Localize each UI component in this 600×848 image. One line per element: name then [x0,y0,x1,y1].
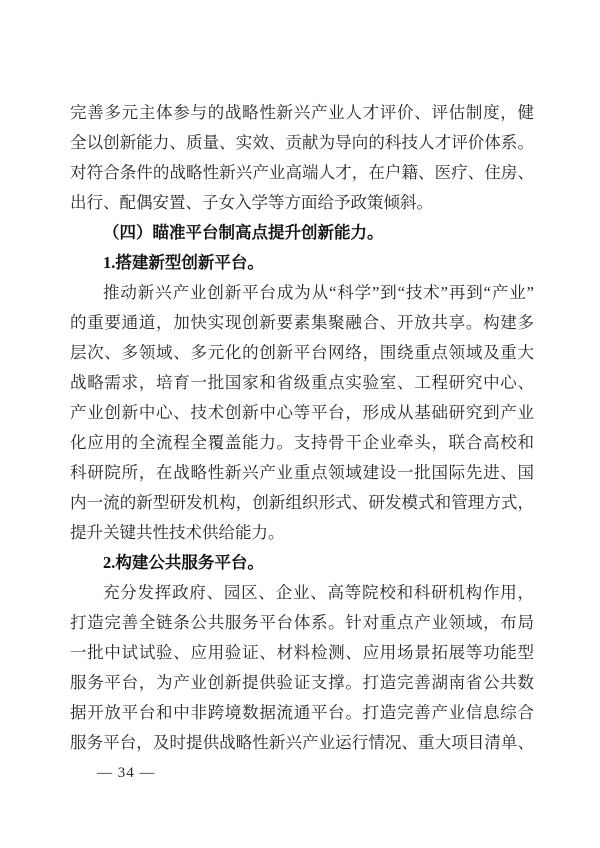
paragraph-text-line: 提升关键共性技术供给能力。 [70,518,534,548]
paragraph-text-line: 服务平台，为产业创新提供验证支撑。打造完善湖南省公共数 [70,668,534,698]
paragraph-text-line: 产业创新中心、技术创新中心等平台，形成从基础研究到产业 [70,398,534,428]
paragraph-text-line: 出行、配偶安置、子女入学等方面给予政策倾斜。 [70,188,534,218]
paragraph-text-line: 完善多元主体参与的战略性新兴产业人才评价、评估制度，健 [70,98,534,128]
paragraph-text-line: 的重要通道，加快实现创新要素集聚融合、开放共享。构建多 [70,308,534,338]
paragraph-text-line: 层次、多领域、多元化的创新平台网络，围绕重点领域及重大 [70,338,534,368]
paragraph-text-line: 打造完善全链条公共服务平台体系。针对重点产业领域，布局 [70,608,534,638]
paragraph-text-line: 全以创新能力、质量、实效、贡献为导向的科技人才评价体系。 [70,128,534,158]
document-body: 完善多元主体参与的战略性新兴产业人才评价、评估制度，健全以创新能力、质量、实效、… [70,98,534,758]
numbered-subheading-line: 1.搭建新型创新平台。 [70,248,534,278]
section-heading-line: （四）瞄准平台制高点提升创新能力。 [70,218,534,248]
paragraph-text-line: 科研院所，在战略性新兴产业重点领域建设一批国际先进、国 [70,458,534,488]
paragraph-text-line: 充分发挥政府、园区、企业、高等院校和科研机构作用， [70,578,534,608]
page-number: — 34 — [97,764,156,782]
numbered-subheading-line: 2.构建公共服务平台。 [70,548,534,578]
paragraph-text-line: 内一流的新型研发机构，创新组织形式、研发模式和管理方式， [70,488,534,518]
paragraph-text-line: 战略需求，培育一批国家和省级重点实验室、工程研究中心、 [70,368,534,398]
paragraph-text-line: 推动新兴产业创新平台成为从“科学”到“技术”再到“产业” [70,278,534,308]
paragraph-text-line: 化应用的全流程全覆盖能力。支持骨干企业牵头，联合高校和 [70,428,534,458]
paragraph-text-line: 一批中试试验、应用验证、材料检测、应用场景拓展等功能型 [70,638,534,668]
paragraph-text-line: 服务平台，及时提供战略性新兴产业运行情况、重大项目清单、 [70,728,534,758]
paragraph-text-line: 据开放平台和中非跨境数据流通平台。打造完善产业信息综合 [70,698,534,728]
paragraph-text-line: 对符合条件的战略性新兴产业高端人才，在户籍、医疗、住房、 [70,158,534,188]
document-page: 完善多元主体参与的战略性新兴产业人才评价、评估制度，健全以创新能力、质量、实效、… [0,0,600,848]
